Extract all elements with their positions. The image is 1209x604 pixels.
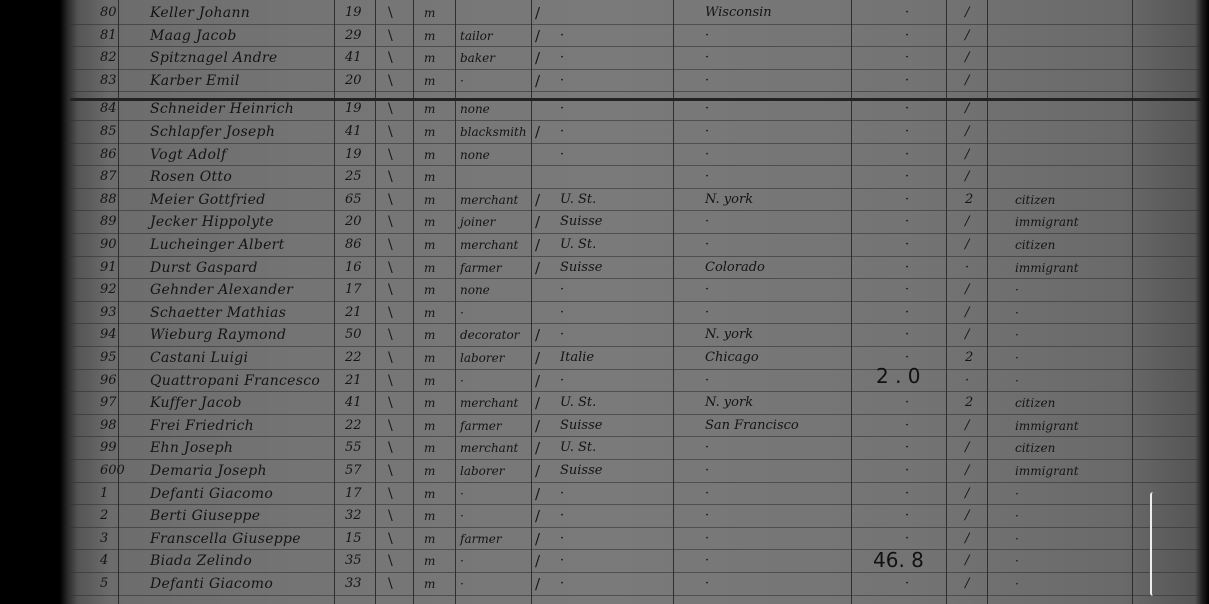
passenger-remark: citizen xyxy=(1015,437,1055,459)
piece-count: / xyxy=(965,234,969,256)
passenger-occupation: merchant xyxy=(460,234,518,256)
manifest-row: 96 Quattropani Francesco 21 \ m · / · · … xyxy=(0,370,1209,393)
piece-count: / xyxy=(965,144,969,166)
literacy-mark: / xyxy=(535,415,540,437)
passenger-occupation: blacksmith xyxy=(460,121,527,143)
manifest-row: 83 Karber Emil 20 \ m · / · · · / xyxy=(0,70,1209,93)
tick-mark: \ xyxy=(388,302,393,324)
piece-count: / xyxy=(965,483,969,505)
tick-mark: \ xyxy=(388,144,393,166)
passenger-remark: · xyxy=(1015,279,1019,301)
manifest-row: 97 Kuffer Jacob 41 \ m merchant / U. St.… xyxy=(0,392,1209,415)
passenger-age: 21 xyxy=(345,302,362,324)
passenger-age: 19 xyxy=(345,144,362,166)
ditto-mark: · xyxy=(905,483,909,505)
piece-count: / xyxy=(965,528,969,550)
ditto-mark: · xyxy=(905,144,909,166)
passenger-remark: immigrant xyxy=(1015,460,1079,482)
passenger-age: 33 xyxy=(345,573,362,595)
passenger-occupation: · xyxy=(460,370,464,392)
passenger-name: Schaetter Mathias xyxy=(150,302,286,324)
scan-scratch xyxy=(1150,492,1156,596)
passenger-nationality: · xyxy=(560,302,564,324)
passenger-sex: m xyxy=(424,279,435,301)
passenger-sex: m xyxy=(424,460,435,482)
passenger-destination: · xyxy=(705,25,709,47)
ditto-mark: · xyxy=(905,47,909,69)
literacy-mark: / xyxy=(535,324,540,346)
ditto-mark: · xyxy=(905,460,909,482)
passenger-name: Schneider Heinrich xyxy=(150,98,294,120)
passenger-sex: m xyxy=(424,211,435,233)
passenger-name: Demaria Joseph xyxy=(150,460,267,482)
passenger-nationality: Suisse xyxy=(560,257,602,279)
literacy-mark: / xyxy=(535,70,540,92)
literacy-mark: / xyxy=(535,347,540,369)
row-number: 92 xyxy=(100,279,117,301)
passenger-sex: m xyxy=(424,370,435,392)
row-number: 87 xyxy=(100,166,117,188)
manifest-row: 81 Maag Jacob 29 \ m tailor / · · · / xyxy=(0,25,1209,48)
passenger-name: Keller Johann xyxy=(150,2,250,24)
row-number: 98 xyxy=(100,415,117,437)
piece-count: · xyxy=(965,370,969,392)
row-rule xyxy=(70,595,1201,596)
manifest-row: 3 Franscella Giuseppe 15 \ m farmer / · … xyxy=(0,528,1209,551)
row-number: 1 xyxy=(100,483,108,505)
row-number: 5 xyxy=(100,573,108,595)
passenger-occupation: merchant xyxy=(460,437,518,459)
passenger-destination: · xyxy=(705,47,709,69)
piece-count: / xyxy=(965,166,969,188)
passenger-occupation: none xyxy=(460,144,490,166)
passenger-destination: Chicago xyxy=(705,347,759,369)
literacy-mark: / xyxy=(535,25,540,47)
row-rule xyxy=(70,91,1201,92)
literacy-mark: / xyxy=(535,189,540,211)
passenger-sex: m xyxy=(424,47,435,69)
passenger-remark: citizen xyxy=(1015,189,1055,211)
literacy-mark: / xyxy=(535,528,540,550)
passenger-name: Karber Emil xyxy=(150,70,240,92)
manifest-row: 87 Rosen Otto 25 \ m · · / xyxy=(0,166,1209,189)
passenger-destination: · xyxy=(705,234,709,256)
passenger-age: 22 xyxy=(345,415,362,437)
passenger-remark: · xyxy=(1015,573,1019,595)
passenger-age: 35 xyxy=(345,550,362,572)
passenger-occupation: joiner xyxy=(460,211,495,233)
passenger-sex: m xyxy=(424,257,435,279)
row-number: 94 xyxy=(100,324,117,346)
manifest-row: 98 Frei Friedrich 22 \ m farmer / Suisse… xyxy=(0,415,1209,438)
passenger-nationality: · xyxy=(560,324,564,346)
passenger-occupation: · xyxy=(460,302,464,324)
passenger-destination: · xyxy=(705,460,709,482)
row-number: 84 xyxy=(100,98,117,120)
literacy-mark: / xyxy=(535,460,540,482)
piece-count: / xyxy=(965,121,969,143)
row-number: 3 xyxy=(100,528,108,550)
passenger-age: 22 xyxy=(345,347,362,369)
passenger-name: Durst Gaspard xyxy=(150,257,258,279)
passenger-sex: m xyxy=(424,144,435,166)
passenger-name: Maag Jacob xyxy=(150,25,237,47)
literacy-mark: / xyxy=(535,483,540,505)
piece-count: / xyxy=(965,98,969,120)
piece-count: 2 xyxy=(965,347,973,369)
manifest-row: 1 Defanti Giacomo 17 \ m · / · · · / · xyxy=(0,483,1209,506)
tick-mark: \ xyxy=(388,505,393,527)
tick-mark: \ xyxy=(388,189,393,211)
passenger-sex: m xyxy=(424,324,435,346)
ditto-mark: · xyxy=(905,189,909,211)
passenger-destination: N. york xyxy=(705,392,753,414)
passenger-name: Kuffer Jacob xyxy=(150,392,242,414)
literacy-mark: / xyxy=(535,121,540,143)
passenger-occupation: farmer xyxy=(460,415,502,437)
ditto-mark: · xyxy=(905,415,909,437)
passenger-name: Biada Zelindo xyxy=(150,550,252,572)
passenger-remark: citizen xyxy=(1015,392,1055,414)
passenger-destination: Colorado xyxy=(705,257,765,279)
passenger-occupation: · xyxy=(460,483,464,505)
passenger-destination: San Francisco xyxy=(705,415,799,437)
passenger-nationality: · xyxy=(560,121,564,143)
manifest-row: 91 Durst Gaspard 16 \ m farmer / Suisse … xyxy=(0,257,1209,280)
passenger-age: 21 xyxy=(345,370,362,392)
row-number: 89 xyxy=(100,211,117,233)
passenger-sex: m xyxy=(424,189,435,211)
passenger-age: 50 xyxy=(345,324,362,346)
passenger-occupation: laborer xyxy=(460,347,504,369)
passenger-remark: · xyxy=(1015,505,1019,527)
passenger-name: Vogt Adolf xyxy=(150,144,226,166)
passenger-nationality: Suisse xyxy=(560,211,602,233)
passenger-destination: · xyxy=(705,279,709,301)
manifest-row: 92 Gehnder Alexander 17 \ m none · · · /… xyxy=(0,279,1209,302)
ditto-mark: · xyxy=(905,302,909,324)
passenger-destination: · xyxy=(705,166,709,188)
passenger-name: Gehnder Alexander xyxy=(150,279,293,301)
passenger-nationality: · xyxy=(560,370,564,392)
manifest-row: 86 Vogt Adolf 19 \ m none · · · / xyxy=(0,144,1209,167)
passenger-age: 15 xyxy=(345,528,362,550)
tick-mark: \ xyxy=(388,415,393,437)
piece-count: / xyxy=(965,47,969,69)
passenger-remark: · xyxy=(1015,528,1019,550)
ditto-mark: · xyxy=(905,166,909,188)
piece-count: 2 xyxy=(965,189,973,211)
passenger-occupation: merchant xyxy=(460,392,518,414)
literacy-mark: / xyxy=(535,437,540,459)
manifest-row: 85 Schlapfer Joseph 41 \ m blacksmith / … xyxy=(0,121,1209,144)
passenger-destination: · xyxy=(705,437,709,459)
piece-count: / xyxy=(965,437,969,459)
passenger-destination: · xyxy=(705,483,709,505)
passenger-name: Ehn Joseph xyxy=(150,437,233,459)
passenger-occupation: laborer xyxy=(460,460,504,482)
passenger-name: Castani Luigi xyxy=(150,347,248,369)
tick-mark: \ xyxy=(388,392,393,414)
manifest-row: 90 Lucheinger Albert 86 \ m merchant / U… xyxy=(0,234,1209,257)
passenger-sex: m xyxy=(424,70,435,92)
literacy-mark: / xyxy=(535,257,540,279)
passenger-name: Defanti Giacomo xyxy=(150,573,273,595)
passenger-destination: · xyxy=(705,98,709,120)
literacy-mark: / xyxy=(535,550,540,572)
row-number: 82 xyxy=(100,47,117,69)
passenger-destination: · xyxy=(705,528,709,550)
literacy-mark: / xyxy=(535,505,540,527)
passenger-sex: m xyxy=(424,121,435,143)
tick-mark: \ xyxy=(388,234,393,256)
passenger-sex: m xyxy=(424,483,435,505)
passenger-remark: immigrant xyxy=(1015,211,1079,233)
tick-mark: \ xyxy=(388,460,393,482)
passenger-remark: · xyxy=(1015,347,1019,369)
passenger-destination: · xyxy=(705,121,709,143)
row-number: 83 xyxy=(100,70,117,92)
ditto-mark: · xyxy=(905,121,909,143)
passenger-occupation: none xyxy=(460,279,490,301)
passenger-name: Schlapfer Joseph xyxy=(150,121,275,143)
manifest-row: 80 Keller Johann 19 \ m / Wisconsin · / xyxy=(0,2,1209,25)
passenger-occupation: · xyxy=(460,550,464,572)
ditto-mark: · xyxy=(905,70,909,92)
passenger-sex: m xyxy=(424,415,435,437)
passenger-occupation: none xyxy=(460,98,490,120)
piece-count: / xyxy=(965,70,969,92)
passenger-sex: m xyxy=(424,550,435,572)
manifest-row: 94 Wieburg Raymond 50 \ m decorator / · … xyxy=(0,324,1209,347)
passenger-occupation: decorator xyxy=(460,324,519,346)
passenger-age: 29 xyxy=(345,25,362,47)
passenger-age: 57 xyxy=(345,460,362,482)
passenger-name: Meier Gottfried xyxy=(150,189,266,211)
tick-mark: \ xyxy=(388,437,393,459)
passenger-nationality: · xyxy=(560,550,564,572)
piece-count: / xyxy=(965,25,969,47)
passenger-age: 41 xyxy=(345,47,362,69)
row-number: 90 xyxy=(100,234,117,256)
passenger-age: 55 xyxy=(345,437,362,459)
tick-mark: \ xyxy=(388,70,393,92)
row-number: 88 xyxy=(100,189,117,211)
piece-count: / xyxy=(965,279,969,301)
passenger-destination: · xyxy=(705,550,709,572)
passenger-age: 86 xyxy=(345,234,362,256)
row-number: 80 xyxy=(100,2,117,24)
piece-count: / xyxy=(965,460,969,482)
passenger-destination: · xyxy=(705,211,709,233)
ditto-mark: · xyxy=(905,98,909,120)
ditto-mark: · xyxy=(905,234,909,256)
passenger-occupation: baker xyxy=(460,47,495,69)
passenger-destination: · xyxy=(705,370,709,392)
manifest-row: 93 Schaetter Mathias 21 \ m · · · · / · xyxy=(0,302,1209,325)
passenger-nationality: · xyxy=(560,98,564,120)
passenger-occupation: · xyxy=(460,70,464,92)
ditto-mark: · xyxy=(905,573,909,595)
tick-mark: \ xyxy=(388,47,393,69)
row-number: 97 xyxy=(100,392,117,414)
tick-mark: \ xyxy=(388,166,393,188)
row-number: 86 xyxy=(100,144,117,166)
piece-count: / xyxy=(965,573,969,595)
ditto-mark: · xyxy=(905,392,909,414)
passenger-destination: · xyxy=(705,144,709,166)
passenger-sex: m xyxy=(424,505,435,527)
tick-mark: \ xyxy=(388,483,393,505)
piece-count: / xyxy=(965,505,969,527)
passenger-sex: m xyxy=(424,234,435,256)
tick-mark: \ xyxy=(388,98,393,120)
tally-annotation: 46. 8 xyxy=(873,548,924,572)
ditto-mark: · xyxy=(905,25,909,47)
passenger-destination: · xyxy=(705,573,709,595)
passenger-sex: m xyxy=(424,25,435,47)
literacy-mark: / xyxy=(535,47,540,69)
tick-mark: \ xyxy=(388,279,393,301)
passenger-destination: · xyxy=(705,505,709,527)
passenger-nationality: · xyxy=(560,528,564,550)
tick-mark: \ xyxy=(388,573,393,595)
passenger-nationality: · xyxy=(560,573,564,595)
manifest-row: 4 Biada Zelindo 35 \ m · / · · / · xyxy=(0,550,1209,573)
passenger-age: 25 xyxy=(345,166,362,188)
passenger-nationality: U. St. xyxy=(560,392,596,414)
row-number: 4 xyxy=(100,550,108,572)
passenger-nationality: · xyxy=(560,25,564,47)
passenger-remark: · xyxy=(1015,483,1019,505)
passenger-sex: m xyxy=(424,528,435,550)
manifest-row: 95 Castani Luigi 22 \ m laborer / Italie… xyxy=(0,347,1209,370)
passenger-destination: Wisconsin xyxy=(705,2,772,24)
ditto-mark: · xyxy=(905,528,909,550)
tally-annotation: 2 . 0 xyxy=(876,364,921,388)
piece-count: / xyxy=(965,302,969,324)
passenger-name: Rosen Otto xyxy=(150,166,232,188)
passenger-age: 19 xyxy=(345,2,362,24)
row-number: 99 xyxy=(100,437,117,459)
tick-mark: \ xyxy=(388,370,393,392)
literacy-mark: / xyxy=(535,211,540,233)
row-number: 95 xyxy=(100,347,117,369)
literacy-mark: / xyxy=(535,370,540,392)
passenger-remark: · xyxy=(1015,302,1019,324)
passenger-nationality: U. St. xyxy=(560,437,596,459)
passenger-remark: · xyxy=(1015,324,1019,346)
passenger-age: 17 xyxy=(345,279,362,301)
piece-count: / xyxy=(965,2,969,24)
literacy-mark: / xyxy=(535,2,540,24)
ditto-mark: · xyxy=(905,211,909,233)
passenger-remark: citizen xyxy=(1015,234,1055,256)
passenger-name: Quattropani Francesco xyxy=(150,370,320,392)
passenger-occupation: · xyxy=(460,505,464,527)
passenger-name: Berti Giuseppe xyxy=(150,505,260,527)
passenger-sex: m xyxy=(424,437,435,459)
ditto-mark: · xyxy=(905,257,909,279)
passenger-nationality: · xyxy=(560,483,564,505)
manifest-row: 99 Ehn Joseph 55 \ m merchant / U. St. ·… xyxy=(0,437,1209,460)
piece-count: / xyxy=(965,211,969,233)
passenger-remark: immigrant xyxy=(1015,415,1079,437)
manifest-row: 600 Demaria Joseph 57 \ m laborer / Suis… xyxy=(0,460,1209,483)
manifest-scan: 80 Keller Johann 19 \ m / Wisconsin · / … xyxy=(0,0,1209,604)
passenger-age: 41 xyxy=(345,121,362,143)
passenger-name: Jecker Hippolyte xyxy=(150,211,274,233)
passenger-nationality: · xyxy=(560,505,564,527)
passenger-sex: m xyxy=(424,166,435,188)
tick-mark: \ xyxy=(388,211,393,233)
manifest-row: 2 Berti Giuseppe 32 \ m · / · · · / · xyxy=(0,505,1209,528)
tick-mark: \ xyxy=(388,25,393,47)
manifest-row: 89 Jecker Hippolyte 20 \ m joiner / Suis… xyxy=(0,211,1209,234)
passenger-name: Defanti Giacomo xyxy=(150,483,273,505)
tick-mark: \ xyxy=(388,121,393,143)
passenger-remark: · xyxy=(1015,550,1019,572)
passenger-sex: m xyxy=(424,2,435,24)
passenger-age: 41 xyxy=(345,392,362,414)
passenger-occupation: merchant xyxy=(460,189,518,211)
tick-mark: \ xyxy=(388,550,393,572)
passenger-sex: m xyxy=(424,98,435,120)
piece-count: 2 xyxy=(965,392,973,414)
passenger-age: 20 xyxy=(345,211,362,233)
passenger-sex: m xyxy=(424,347,435,369)
ditto-mark: · xyxy=(905,324,909,346)
row-number: 81 xyxy=(100,25,117,47)
passenger-occupation: tailor xyxy=(460,25,493,47)
passenger-age: 17 xyxy=(345,483,362,505)
passenger-name: Frei Friedrich xyxy=(150,415,254,437)
row-number: 93 xyxy=(100,302,117,324)
passenger-sex: m xyxy=(424,392,435,414)
passenger-occupation: farmer xyxy=(460,528,502,550)
passenger-name: Franscella Giuseppe xyxy=(150,528,301,550)
passenger-name: Lucheinger Albert xyxy=(150,234,285,256)
passenger-sex: m xyxy=(424,302,435,324)
piece-count: / xyxy=(965,550,969,572)
passenger-destination: N. york xyxy=(705,324,753,346)
passenger-age: 65 xyxy=(345,189,362,211)
tick-mark: \ xyxy=(388,324,393,346)
ditto-mark: · xyxy=(905,2,909,24)
tick-mark: \ xyxy=(388,528,393,550)
passenger-age: 16 xyxy=(345,257,362,279)
passenger-nationality: U. St. xyxy=(560,189,596,211)
passenger-nationality: U. St. xyxy=(560,234,596,256)
passenger-nationality: · xyxy=(560,144,564,166)
passenger-name: Spitznagel Andre xyxy=(150,47,277,69)
literacy-mark: / xyxy=(535,573,540,595)
passenger-nationality: · xyxy=(560,279,564,301)
tick-mark: \ xyxy=(388,2,393,24)
passenger-destination: N. york xyxy=(705,189,753,211)
passenger-occupation: farmer xyxy=(460,257,502,279)
passenger-name: Wieburg Raymond xyxy=(150,324,286,346)
passenger-destination: · xyxy=(705,302,709,324)
passenger-occupation: · xyxy=(460,573,464,595)
ditto-mark: · xyxy=(905,437,909,459)
manifest-row: 84 Schneider Heinrich 19 \ m none · · · … xyxy=(0,98,1209,121)
tick-mark: \ xyxy=(388,257,393,279)
row-number: 91 xyxy=(100,257,117,279)
ditto-mark: · xyxy=(905,279,909,301)
passenger-remark: · xyxy=(1015,370,1019,392)
passenger-destination: · xyxy=(705,70,709,92)
